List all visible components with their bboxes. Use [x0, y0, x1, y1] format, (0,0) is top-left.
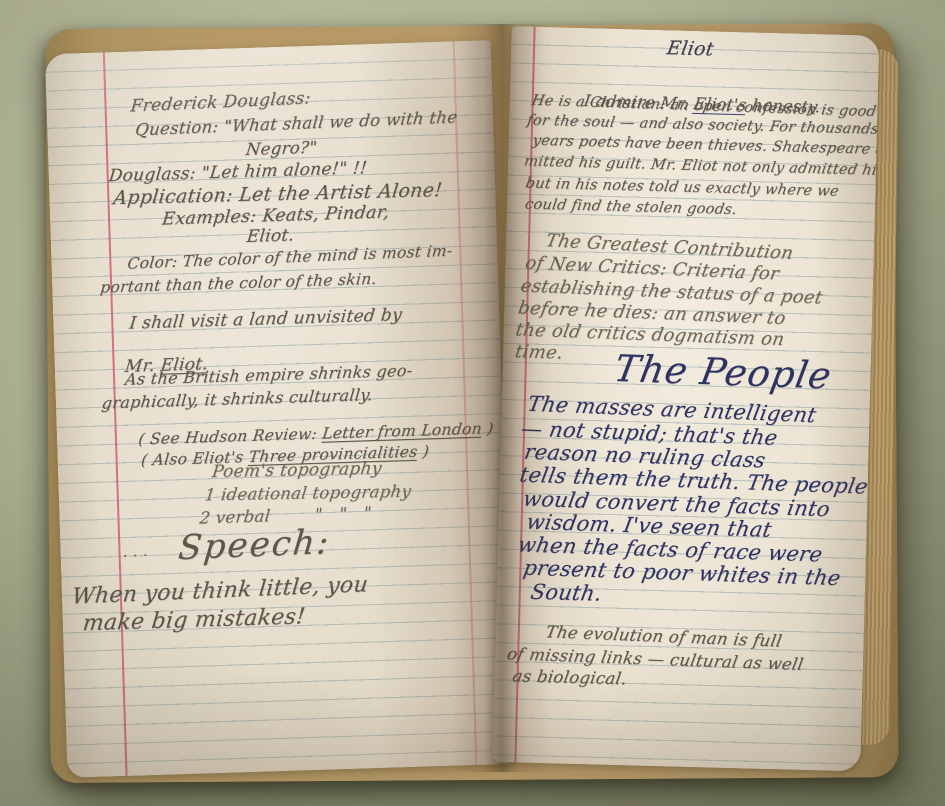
handwriting-line: Color: The color of the mind is most im- [127, 243, 454, 273]
handwriting-line: South. [529, 581, 604, 606]
photo-scene: Frederick Douglass: Question: "What shal… [0, 0, 945, 806]
heading-eliot: Eliot [665, 38, 715, 60]
handwriting-line: Frederick Douglass: [130, 89, 312, 116]
left-page: Frederick Douglass: Question: "What shal… [45, 40, 514, 778]
handwriting-line: make big mistakes! [81, 605, 306, 636]
handwriting-line: as biological. [511, 667, 628, 688]
heading-the-people: The People [611, 349, 835, 397]
handwriting-line: time. [513, 342, 564, 363]
right-page: Eliot I admire Mr. Eliot's honesty. He i… [492, 26, 879, 771]
handwriting-segment: ) [417, 442, 431, 460]
handwriting-line: portant than the color of the skin. [99, 271, 377, 297]
handwriting-line: Eliot. [246, 226, 296, 246]
handwriting-line: When you think little, you [71, 573, 369, 610]
scribble-marks: · · · [122, 547, 149, 564]
heading-speech: Speech: [177, 524, 333, 568]
handwriting-line: 1 ideational topography [204, 483, 413, 505]
handwriting-segment: ) [481, 419, 495, 437]
handwriting-line: Poem's topography [211, 460, 383, 482]
handwriting-line: I shall visit a land unvisited by [128, 306, 403, 333]
handwriting-line: Negro?" [245, 139, 318, 159]
handwriting-line: could find the stolen goods. [524, 198, 739, 219]
